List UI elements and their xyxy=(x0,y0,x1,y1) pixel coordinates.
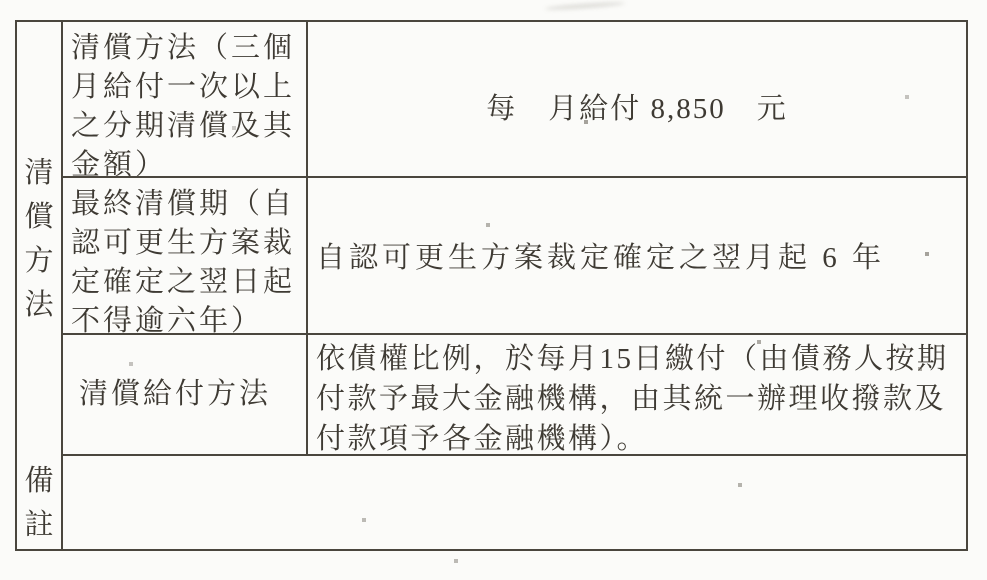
label-final-repayment-period-text: 最終清償期（自認可更生方案裁定確定之翌日起不得逾六年） xyxy=(71,188,295,335)
row-group-cell-repayment-method: 清償方法 xyxy=(17,22,63,456)
value-monthly-payment-text: 每 月給付 8,850 元 xyxy=(486,86,788,127)
value-monthly-payment: 每 月給付 8,850 元 xyxy=(308,22,966,178)
value-payment-delivery-method: 依債權比例，於每月15日繳付（由債務人按期付款予最大金融機構，由其統一辦理收撥款… xyxy=(308,335,966,456)
value-payment-delivery-method-text: 依債權比例，於每月15日繳付（由債務人按期付款予最大金融機構，由其統一辦理收撥款… xyxy=(316,343,949,455)
label-installment-method-text: 清償方法（三個月給付一次以上之分期清償及其金額） xyxy=(71,32,295,178)
label-final-repayment-period: 最終清償期（自認可更生方案裁定確定之翌日起不得逾六年） xyxy=(63,178,308,335)
label-installment-method: 清償方法（三個月給付一次以上之分期清償及其金額） xyxy=(63,22,308,178)
notes-value-cell xyxy=(63,456,966,549)
value-final-repayment-period-text: 自認可更生方案裁定確定之翌月起 6 年 xyxy=(316,235,885,276)
scan-smudge-mark xyxy=(545,1,625,11)
row-group-label: 清償方法 xyxy=(23,151,55,327)
notes-label-cell: 備註 xyxy=(17,456,63,549)
scan-noise-specks xyxy=(0,0,2,2)
value-final-repayment-period: 自認可更生方案裁定確定之翌月起 6 年 xyxy=(308,178,966,335)
notes-label: 備註 xyxy=(23,459,55,547)
label-payment-delivery-method: 清償給付方法 xyxy=(63,335,308,456)
label-payment-delivery-method-text: 清償給付方法 xyxy=(71,375,271,414)
repayment-method-table: 清償方法 清償方法（三個月給付一次以上之分期清償及其金額） 每 月給付 8,85… xyxy=(15,20,968,551)
scanned-document-page: 清償方法 清償方法（三個月給付一次以上之分期清償及其金額） 每 月給付 8,85… xyxy=(0,0,987,580)
